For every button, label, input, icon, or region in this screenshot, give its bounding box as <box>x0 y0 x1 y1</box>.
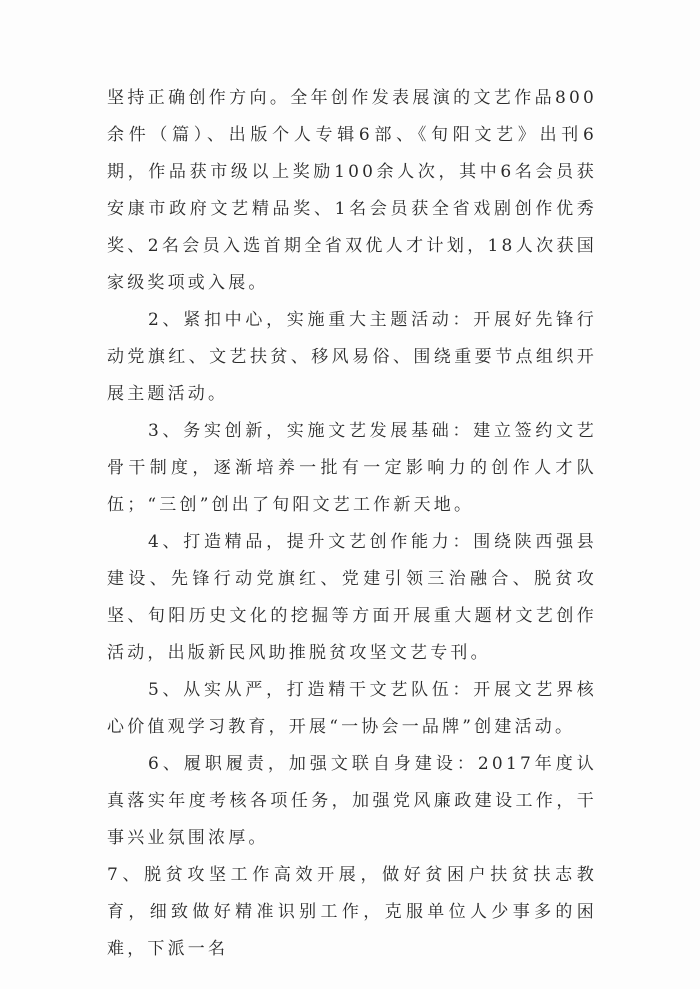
paragraph-item-4: 4、打造精品，提升文艺创作能力：围绕陕西强县建设、先锋行动党旗红、党建引领三治融… <box>107 524 597 672</box>
paragraph-item-6: 6、履职履责，加强文联自身建设：2017年度认真落实年度考核各项任务，加强党风廉… <box>107 746 597 857</box>
paragraph-item-5: 5、从实从严，打造精干文艺队伍：开展文艺界核心价值观学习教育，开展“一协会一品牌… <box>107 672 597 746</box>
paragraph-item-2: 2、紧扣中心，实施重大主题活动：开展好先锋行动党旗红、文艺扶贫、移风易俗、围绕重… <box>107 302 597 413</box>
paragraph-intro-continued: 坚持正确创作方向。全年创作发表展演的文艺作品800余件（篇）、出版个人专辑6部、… <box>107 80 597 302</box>
paragraph-item-3: 3、务实创新，实施文艺发展基础：建立签约文艺骨干制度，逐渐培养一批有一定影响力的… <box>107 413 597 524</box>
document-body: 坚持正确创作方向。全年创作发表展演的文艺作品800余件（篇）、出版个人专辑6部、… <box>107 80 597 968</box>
document-page: 坚持正确创作方向。全年创作发表展演的文艺作品800余件（篇）、出版个人专辑6部、… <box>0 0 700 989</box>
paragraph-item-7: 7、脱贫攻坚工作高效开展，做好贫困户扶贫扶志教育，细致做好精准识别工作，克服单位… <box>107 857 597 968</box>
